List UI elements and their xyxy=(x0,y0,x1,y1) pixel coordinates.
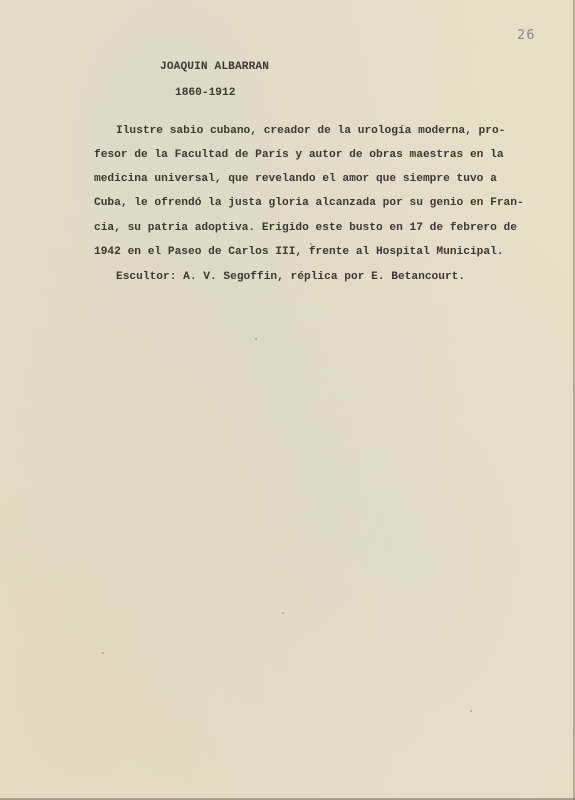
paper-speck xyxy=(255,338,257,340)
paper-speck xyxy=(282,612,284,614)
paper-speck xyxy=(470,710,472,712)
body-line: fesor de la Facultad de París y autor de… xyxy=(94,149,504,161)
paper-speck xyxy=(310,243,312,245)
body-line: medicina universal, que revelando el amo… xyxy=(94,173,497,185)
document-title: JOAQUIN ALBARRAN xyxy=(160,61,269,73)
paper-speck xyxy=(102,652,104,654)
body-line: 1942 en el Paseo de Carlos III, frente a… xyxy=(94,246,504,258)
body-line: Ilustre sabio cubano, creador de la urol… xyxy=(116,125,505,137)
body-line: Cuba, le ofrendó la justa gloria alcanza… xyxy=(94,197,524,209)
handwritten-page-number: 26 xyxy=(517,28,536,43)
document-page: 26 JOAQUIN ALBARRAN 1860-1912 Ilustre sa… xyxy=(0,0,575,800)
life-dates: 1860-1912 xyxy=(175,87,235,99)
sculptor-credit: Escultor: A. V. Segoffin, réplica por E.… xyxy=(116,271,465,283)
body-line: cia, su patria adoptiva. Erigido este bu… xyxy=(94,222,517,234)
